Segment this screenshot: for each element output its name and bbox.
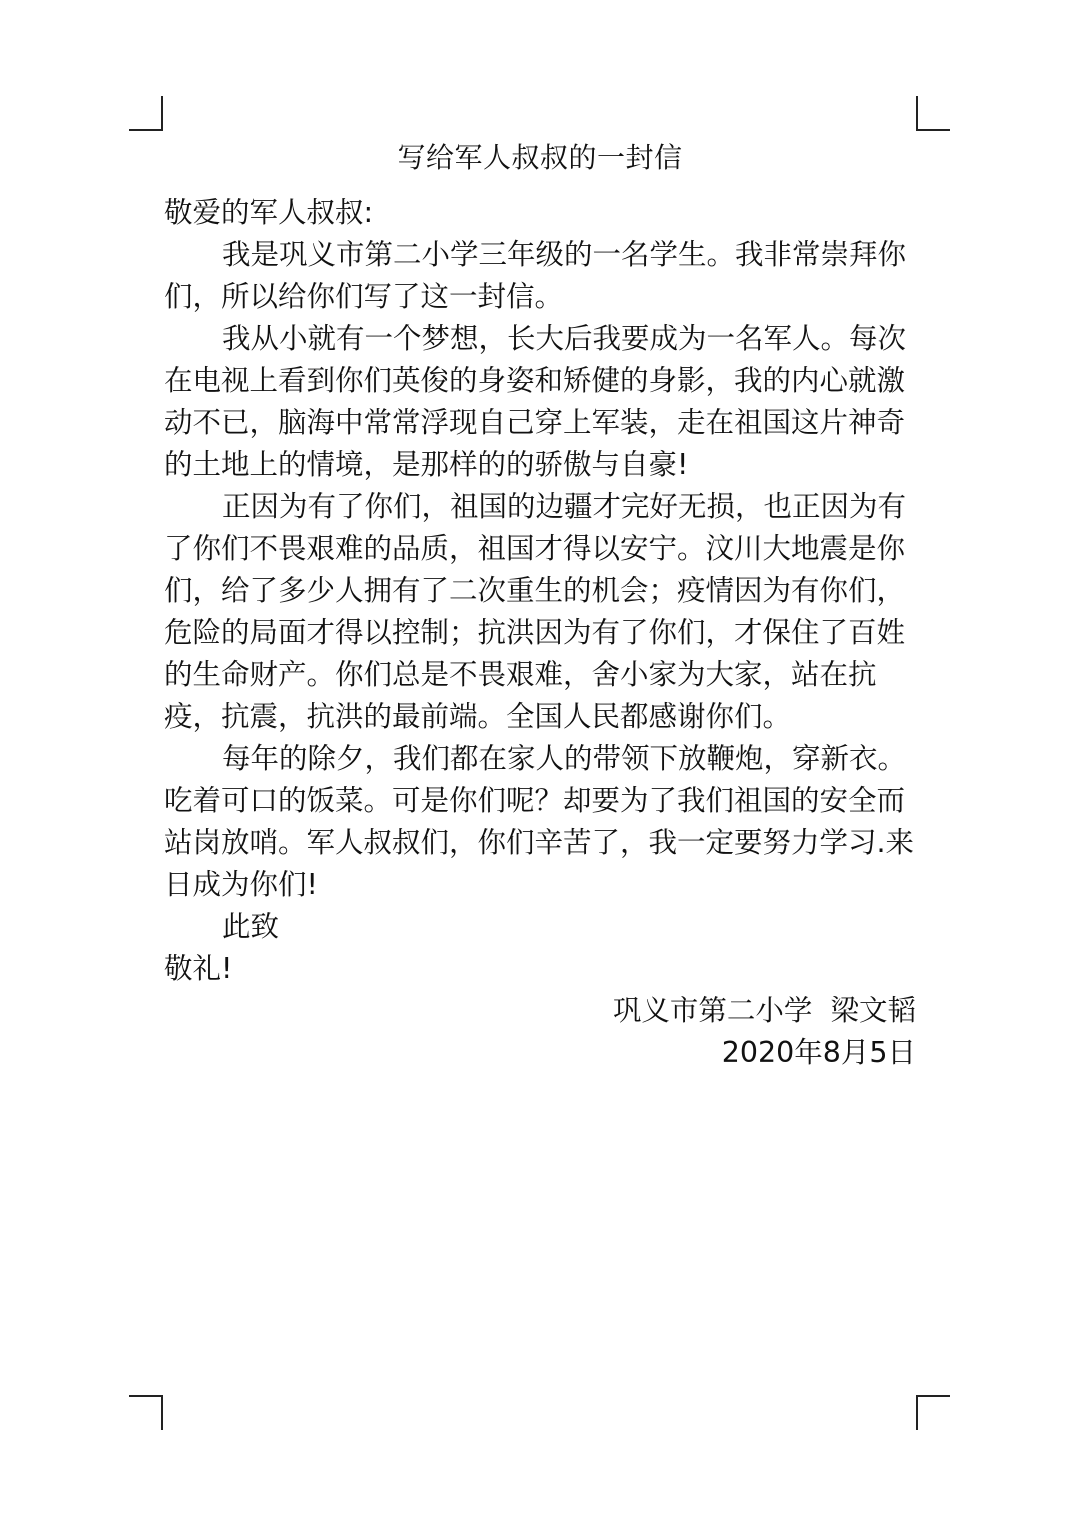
crop-mark-bottom-left-h [129,1395,163,1397]
letter-body: 敬爱的军人叔叔: 我是巩义市第二小学三年级的一名学生。我非常崇拜你们，所以给你们… [164,192,916,1074]
body-line: 的生命财产。你们总是不畏艰难，舍小家为大家，站在抗 [164,654,916,696]
body-line: 每年的除夕，我们都在家人的带领下放鞭炮，穿新衣。 [164,738,916,780]
body-line: 我从小就有一个梦想，长大后我要成为一名军人。每次 [164,318,916,360]
crop-mark-top-right-v [916,96,918,131]
crop-mark-top-left-h [129,129,163,131]
body-line: 们，所以给你们写了这一封信。 [164,276,916,318]
body-line: 的土地上的情境，是那样的的骄傲与自豪! [164,444,916,486]
body-line: 疫，抗震，抗洪的最前端。全国人民都感谢你们。 [164,696,916,738]
body-line: 吃着可口的饭菜。可是你们呢？却要为了我们祖国的安全而 [164,780,916,822]
body-line: 我是巩义市第二小学三年级的一名学生。我非常崇拜你 [164,234,916,276]
body-line: 正因为有了你们，祖国的边疆才完好无损，也正因为有 [164,486,916,528]
body-line: 动不已，脑海中常常浮现自己穿上军装，走在祖国这片神奇 [164,402,916,444]
body-paragraphs: 我是巩义市第二小学三年级的一名学生。我非常崇拜你们，所以给你们写了这一封信。我从… [164,234,916,906]
body-line: 了你们不畏艰难的品质，祖国才得以安宁。汶川大地震是你 [164,528,916,570]
crop-mark-bottom-left-v [161,1395,163,1430]
body-line: 们，给了多少人拥有了二次重生的机会；疫情因为有你们， [164,570,916,612]
signature: 巩义市第二小学 梁文韬 [164,990,916,1032]
crop-mark-top-left-v [161,96,163,131]
body-line: 危险的局面才得以控制；抗洪因为有了你们，才保住了百姓 [164,612,916,654]
body-line: 日成为你们! [164,864,916,906]
crop-mark-bottom-right-h [916,1395,950,1397]
letter-title: 写给军人叔叔的一封信 [0,138,1080,178]
salutation: 敬爱的军人叔叔: [164,192,916,234]
crop-mark-bottom-right-v [916,1395,918,1430]
date: 2020年8月5日 [164,1032,916,1074]
body-line: 在电视上看到你们英俊的身姿和矫健的身影，我的内心就激 [164,360,916,402]
crop-mark-top-right-h [916,129,950,131]
body-line: 站岗放哨。军人叔叔们，你们辛苦了，我一定要努力学习.来 [164,822,916,864]
closing-ci-zhi: 此致 [164,906,916,948]
closing-jing-li: 敬礼! [164,948,916,990]
